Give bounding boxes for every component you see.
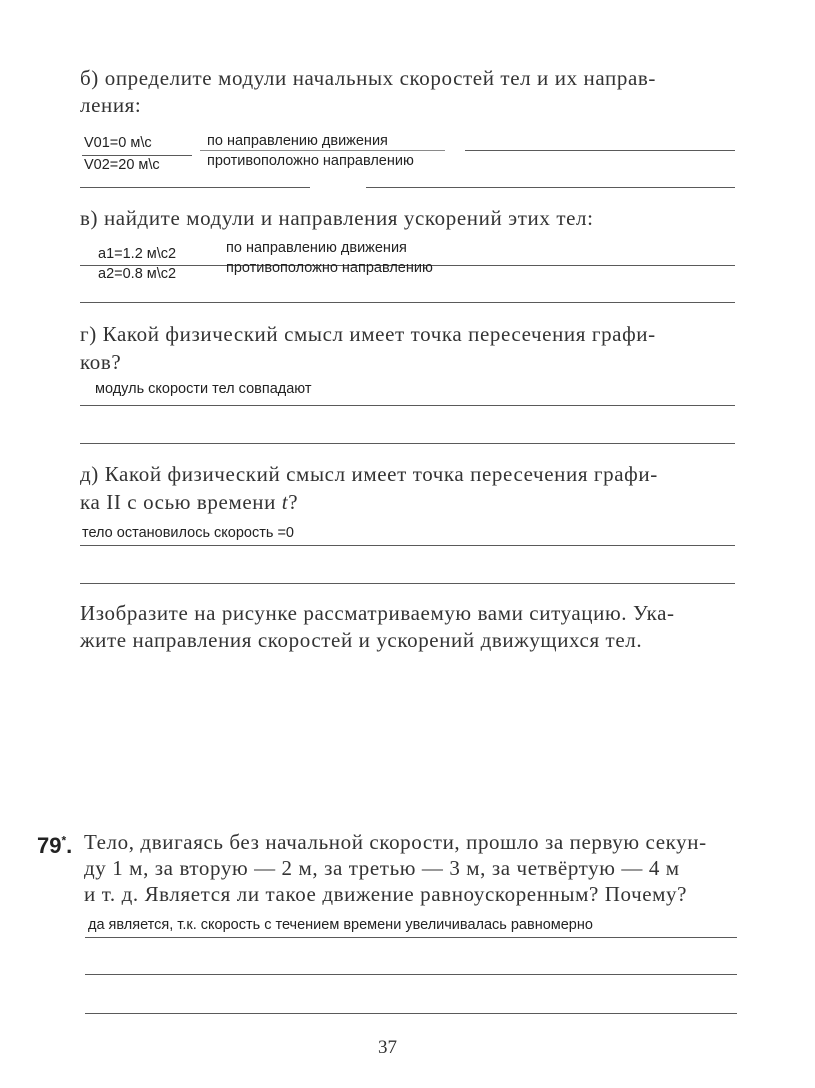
answer-v-direction-1: по направлению движения — [226, 240, 407, 256]
question-g-line2: ков? — [80, 350, 121, 375]
problem-number: 79*. — [37, 833, 72, 859]
answer-v-direction-2: противоположно направлению — [226, 260, 433, 276]
answer-line — [80, 187, 310, 188]
answer-g: модуль скорости тел совпадают — [95, 381, 312, 397]
answer-line — [80, 405, 735, 406]
question-b-line2: ления: — [80, 93, 141, 118]
answer-b-value-2: V02=20 м\с — [84, 157, 160, 173]
question-d-prefix: ка II с осью времени — [80, 490, 282, 514]
answer-line — [85, 937, 737, 938]
answer-v-value-2: а2=0.8 м\с2 — [98, 266, 176, 282]
answer-line — [200, 150, 445, 151]
problem-79-line2: ду 1 м, за вторую — 2 м, за третью — 3 м… — [84, 856, 680, 881]
question-d-line2: ка II с осью времени t? — [80, 490, 298, 515]
answer-b-direction-1: по направлению движения — [207, 133, 388, 149]
question-d-suffix: ? — [288, 490, 298, 514]
drawing-task-line2: жите направления скоростей и ускорений д… — [80, 628, 642, 653]
drawing-task-line1: Изобразите на рисунке рассматриваемую ва… — [80, 601, 675, 626]
question-g-line1: г) Какой физический смысл имеет точка пе… — [80, 322, 656, 347]
answer-line — [80, 583, 735, 584]
answer-line — [366, 187, 735, 188]
page-number: 37 — [378, 1037, 397, 1059]
answer-d: тело остановилось скорость =0 — [82, 525, 294, 541]
answer-line — [80, 545, 735, 546]
answer-line — [80, 443, 735, 444]
question-v-line1: в) найдите модули и направления ускорени… — [80, 206, 594, 231]
question-b-line1: б) определите модули начальных скоростей… — [80, 66, 656, 91]
answer-b-direction-2: противоположно направлению — [207, 153, 414, 169]
answer-line — [85, 974, 737, 975]
answer-line — [85, 1013, 737, 1014]
question-d-line1: д) Какой физический смысл имеет точка пе… — [80, 462, 658, 487]
answer-line — [80, 302, 735, 303]
problem-79-line3: и т. д. Является ли такое движение равно… — [84, 882, 687, 907]
answer-line — [82, 155, 192, 156]
answer-line — [465, 150, 735, 151]
problem-79-line1: Тело, двигаясь без начальной скорости, п… — [84, 830, 707, 855]
answer-v-value-1: а1=1.2 м\с2 — [98, 246, 176, 262]
answer-b-value-1: V01=0 м\с — [84, 135, 152, 151]
answer-79: да является, т.к. скорость с течением вр… — [88, 917, 593, 933]
